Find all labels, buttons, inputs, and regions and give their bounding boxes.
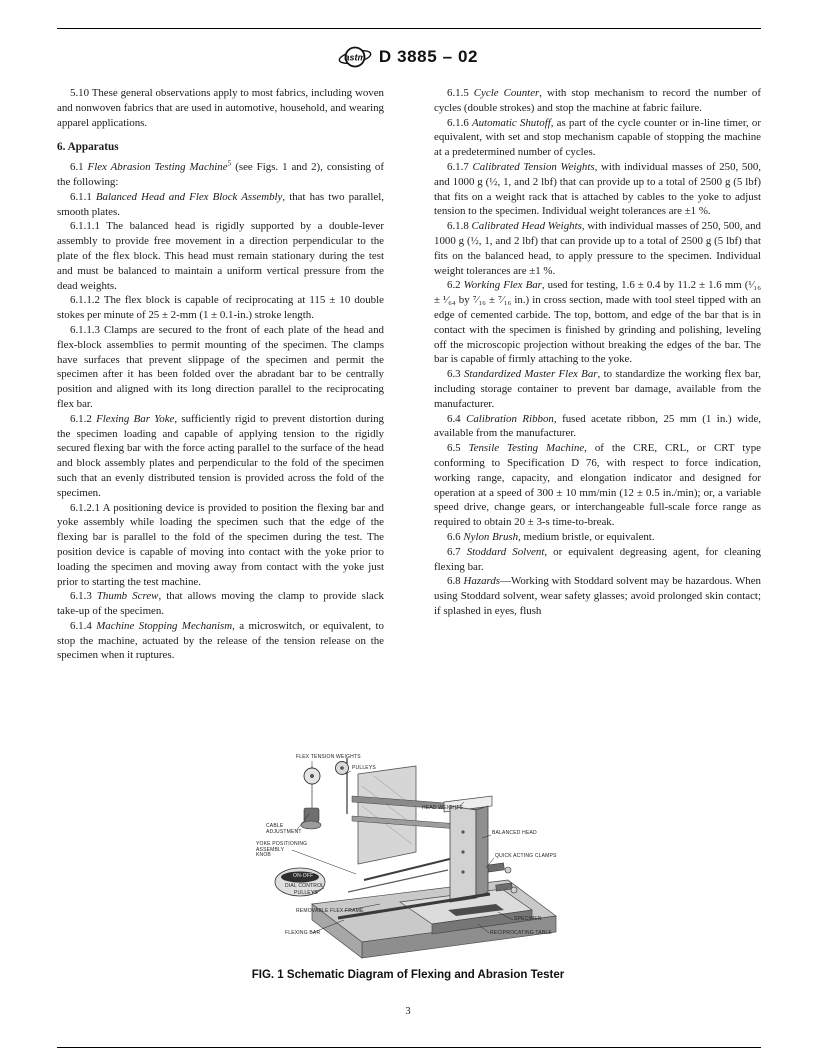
figure-label: BALANCED HEAD	[492, 831, 537, 837]
paragraph: 6.1.3 Thumb Screw, that allows moving th…	[57, 589, 384, 619]
page-header: astm D 3885 – 02	[0, 42, 816, 72]
paragraph: 6.3 Standardized Master Flex Bar, to sta…	[434, 367, 761, 411]
paragraph: 6.1.8 Calibrated Head Weights, with indi…	[434, 219, 761, 278]
paragraph: 6.1.1 Balanced Head and Flex Block Assem…	[57, 190, 384, 220]
figure-1: FLEX TENSION WEIGHTSPULLEYSHEAD WEIGHTSB…	[252, 752, 564, 964]
astm-logo-icon: astm	[338, 45, 372, 69]
paragraph: 6.1.1.3 Clamps are secured to the front …	[57, 323, 384, 412]
paragraph: 5.10 These general observations apply to…	[57, 86, 384, 130]
paragraph: 6.5 Tensile Testing Machine, of the CRE,…	[434, 441, 761, 530]
paragraph: 6.1.5 Cycle Counter, with stop mechanism…	[434, 86, 761, 116]
paragraph: 6.8 Hazards—Working with Stoddard solven…	[434, 574, 761, 618]
figure-label: DIAL CONTROL	[285, 884, 324, 890]
paragraph: 6.1 Flex Abrasion Testing Machine5 (see …	[57, 160, 384, 190]
figure-label: HEAD WEIGHTS	[422, 806, 463, 812]
section-heading: 6. Apparatus	[57, 140, 384, 155]
figure-label: QUICK ACTING CLAMPS	[495, 854, 557, 860]
figure-caption: FIG. 1 Schematic Diagram of Flexing and …	[0, 969, 816, 981]
paragraph: 6.7 Stoddard Solvent, or equivalent degr…	[434, 545, 761, 575]
figure-label: PULLEYS	[352, 766, 376, 772]
paragraph: 6.1.1.1 The balanced head is rigidly sup…	[57, 219, 384, 293]
figure-label: FLEX TENSION WEIGHTS	[296, 755, 361, 761]
figure-label: ON-OFF	[293, 874, 313, 880]
paragraph: 6.1.1.2 The flex block is capable of rec…	[57, 293, 384, 323]
figure-label: YOKE POSITIONING ASSEMBLY KNOB	[256, 842, 307, 859]
paragraph: 6.1.7 Calibrated Tension Weights, with i…	[434, 160, 761, 219]
paragraph: 6.6 Nylon Brush, medium bristle, or equi…	[434, 530, 761, 545]
paragraph: 6.4 Calibration Ribbon, fused acetate ri…	[434, 412, 761, 442]
figure-label: PULLEYS	[294, 891, 318, 897]
page-number: 3	[0, 1006, 816, 1017]
paragraph: 6.2 Working Flex Bar, used for testing, …	[434, 278, 761, 367]
figure-label: RECIPROCATING TABLE	[490, 931, 552, 937]
right-column: 6.1.5 Cycle Counter, with stop mechanism…	[434, 86, 761, 663]
document-title: D 3885 – 02	[379, 47, 478, 67]
bottom-rule	[57, 1047, 761, 1048]
paragraph: 6.1.6 Automatic Shutoff, as part of the …	[434, 116, 761, 160]
text-columns: 5.10 These general observations apply to…	[57, 86, 761, 663]
paragraph: 6.1.4 Machine Stopping Mechanism, a micr…	[57, 619, 384, 663]
figure-label: SPECIMEN	[514, 917, 542, 923]
top-rule	[57, 28, 761, 29]
figure-label: FLEXING BAR	[285, 931, 320, 937]
left-column: 5.10 These general observations apply to…	[57, 86, 384, 663]
figure-label: REMOVABLE FLEX FRAME	[296, 909, 364, 915]
paragraph: 6.1.2.1 A positioning device is provided…	[57, 501, 384, 590]
figure-label: CABLE ADJUSTMENT	[266, 824, 302, 835]
paragraph: 6.1.2 Flexing Bar Yoke, sufficiently rig…	[57, 412, 384, 501]
svg-text:astm: astm	[344, 53, 365, 63]
